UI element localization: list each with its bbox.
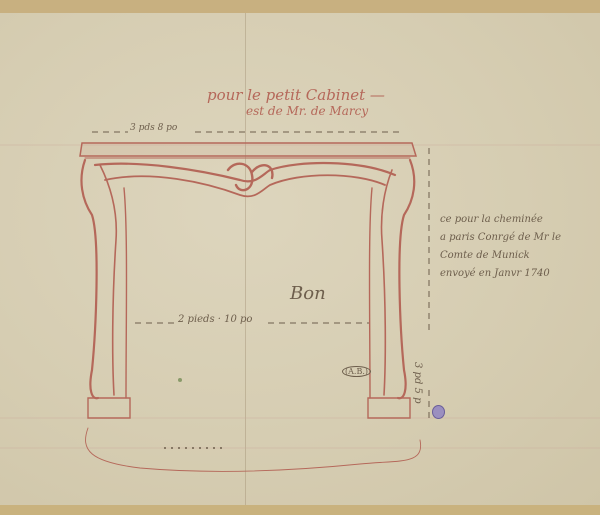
title-line-1: pour le petit Cabinet — xyxy=(207,86,385,104)
collection-stamp-label: (A.B.) xyxy=(342,366,371,377)
dimension-height-side: 3 pd 5 p xyxy=(412,362,423,403)
side-note-line-1: ce pour la cheminée xyxy=(440,214,543,225)
title-line-2: est de Mr. de Marcy xyxy=(246,104,368,118)
side-note-line-4: envoyé en Janvr 1740 xyxy=(440,268,550,279)
approval-mark: Bon xyxy=(290,283,326,304)
side-note-line-2: a paris Conrgé de Mr le xyxy=(440,232,561,243)
library-stamp-icon xyxy=(432,405,445,419)
dimension-opening-width: 2 pieds · 10 po xyxy=(178,314,252,325)
dimension-width-top: 3 pds 8 po xyxy=(130,123,177,133)
side-note-line-3: Comte de Munick xyxy=(440,250,530,261)
